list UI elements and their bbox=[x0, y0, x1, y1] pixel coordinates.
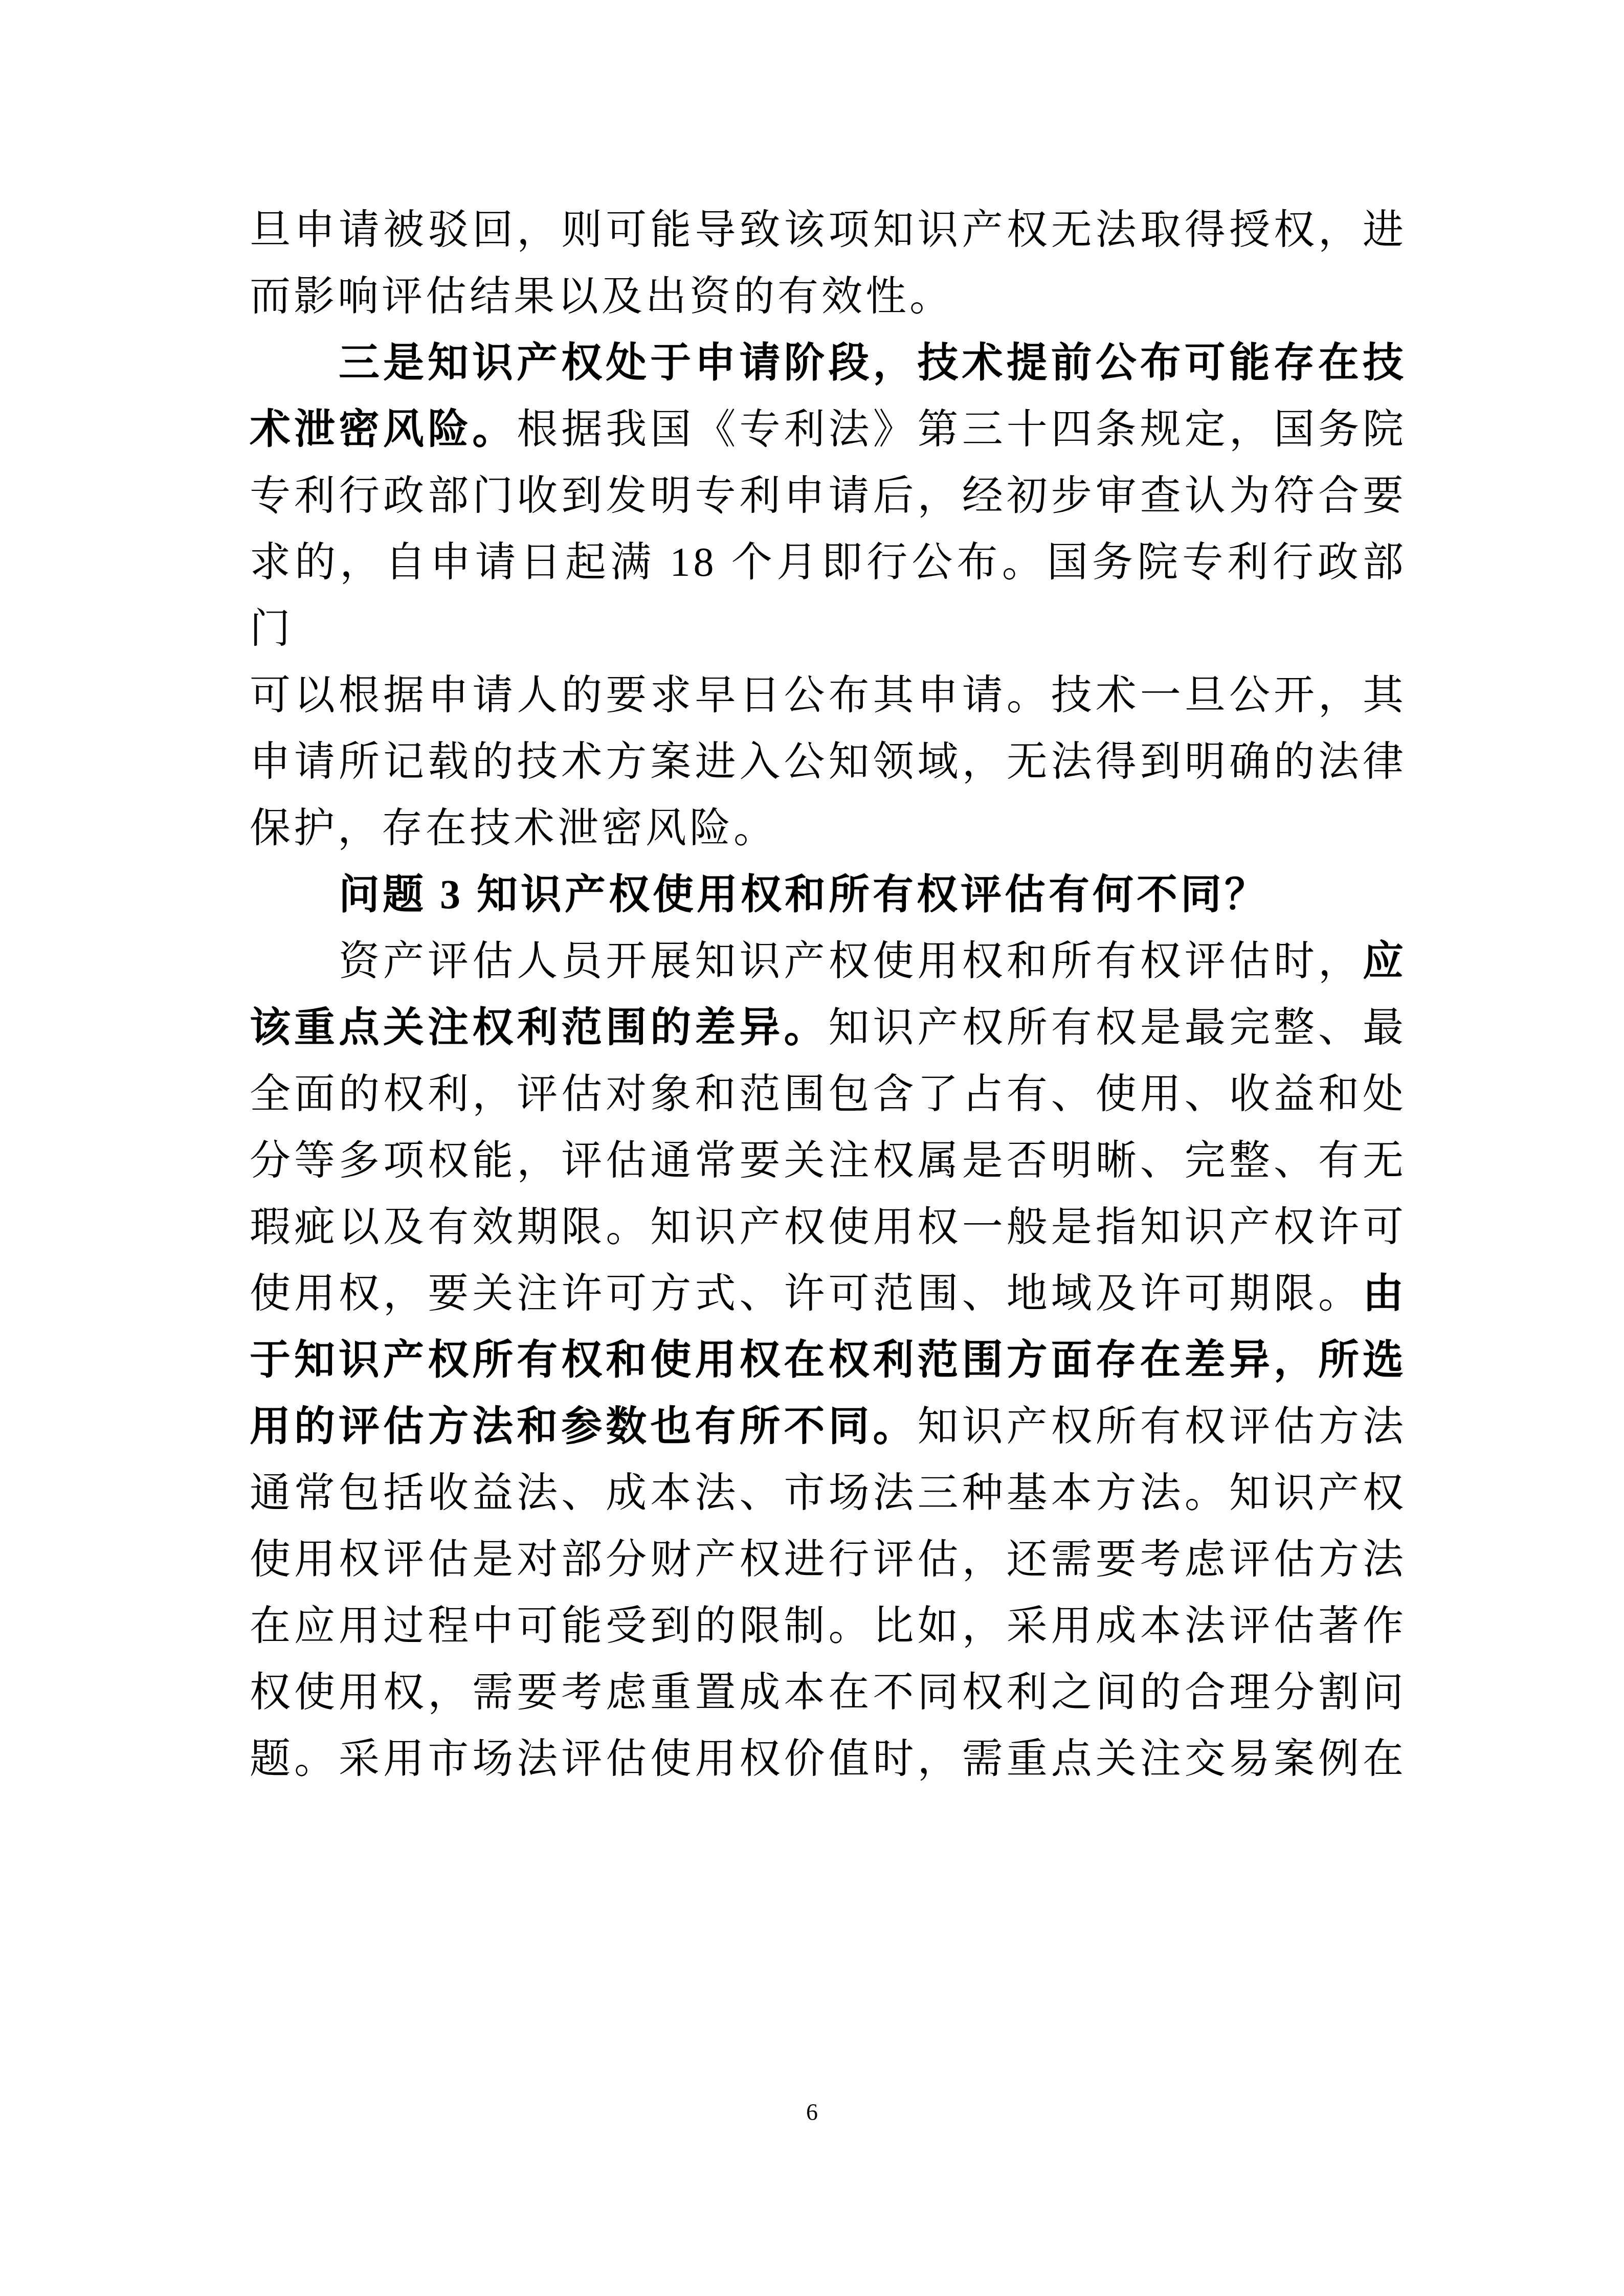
text-line: 瑕疵以及有效期限。知识产权使用权一般是指知识产权许可 bbox=[250, 1194, 1407, 1260]
page-footer: 6 bbox=[0, 2099, 1624, 2126]
text-run: 分等多项权能，评估通常要关注权属是否明晰、完整、有无 bbox=[250, 1138, 1407, 1183]
text-run: 全面的权利，评估对象和范围包含了占有、使用、收益和处 bbox=[250, 1072, 1407, 1117]
text-line: 权使用权，需要考虑重置成本在不同权利之间的合理分割问 bbox=[250, 1659, 1407, 1726]
question-heading: 问题 3 知识产权使用权和所有权评估有何不同？ bbox=[250, 862, 1407, 928]
text-line: 于知识产权所有权和使用权在权利范围方面存在差异，所选 bbox=[250, 1327, 1407, 1393]
text-run: 而影响评估结果以及出资的有效性。 bbox=[250, 274, 953, 319]
text-line: 专利行政部门收到发明专利申请后，经初步审查认为符合要 bbox=[250, 463, 1407, 529]
bold-text-run: 问题 3 知识产权使用权和所有权评估有何不同？ bbox=[339, 872, 1269, 917]
bold-text-run: 用的评估方法和参数也有所不同。 bbox=[250, 1404, 918, 1449]
text-run: 保护，存在技术泄密风险。 bbox=[250, 806, 777, 851]
text-line: 使用权评估是对部分财产权进行评估，还需要考虑评估方法 bbox=[250, 1526, 1407, 1593]
text-line: 而影响评估结果以及出资的有效性。 bbox=[250, 263, 1407, 330]
bold-text-run: 应 bbox=[1363, 939, 1407, 984]
text-line: 使用权，要关注许可方式、许可范围、地域及许可期限。由 bbox=[250, 1260, 1407, 1327]
text-line: 在应用过程中可能受到的限制。比如，采用成本法评估著作 bbox=[250, 1593, 1407, 1659]
text-line: 通常包括收益法、成本法、市场法三种基本方法。知识产权 bbox=[250, 1460, 1407, 1526]
text-run: 使用权，要关注许可方式、许可范围、地域及许可期限。 bbox=[250, 1271, 1363, 1316]
text-run: 根据我国《专利法》第三十四条规定，国务院 bbox=[517, 407, 1407, 452]
text-line: 术泄密风险。根据我国《专利法》第三十四条规定，国务院 bbox=[250, 396, 1407, 463]
bold-text-run: 于知识产权所有权和使用权在权利范围方面存在差异，所选 bbox=[250, 1338, 1407, 1383]
text-run: 题。采用市场法评估使用权价值时，需重点关注交易案例在 bbox=[250, 1737, 1407, 1782]
text-run: 专利行政部门收到发明专利申请后，经初步审查认为符合要 bbox=[250, 474, 1407, 519]
text-run: 权使用权，需要考虑重置成本在不同权利之间的合理分割问 bbox=[250, 1670, 1407, 1715]
text-line: 资产评估人员开展知识产权使用权和所有权评估时，应 bbox=[250, 928, 1407, 995]
text-line: 可以根据申请人的要求早日公布其申请。技术一旦公开，其 bbox=[250, 662, 1407, 729]
bold-text-run: 术泄密风险。 bbox=[250, 407, 517, 452]
text-run: 通常包括收益法、成本法、市场法三种基本方法。知识产权 bbox=[250, 1471, 1407, 1516]
page-number: 6 bbox=[806, 2099, 818, 2125]
text-run: 瑕疵以及有效期限。知识产权使用权一般是指知识产权许可 bbox=[250, 1205, 1407, 1250]
text-run: 申请所记载的技术方案进入公知领域，无法得到明确的法律 bbox=[250, 739, 1407, 784]
text-run: 资产评估人员开展知识产权使用权和所有权评估时， bbox=[339, 939, 1363, 984]
bold-text-run: 由 bbox=[1363, 1271, 1407, 1316]
text-line: 题。采用市场法评估使用权价值时，需重点关注交易案例在 bbox=[250, 1726, 1407, 1792]
text-line: 旦申请被驳回，则可能导致该项知识产权无法取得授权，进 bbox=[250, 197, 1407, 263]
text-line: 求的，自申请日起满 18 个月即行公布。国务院专利行政部门 bbox=[250, 529, 1407, 662]
text-run: 在应用过程中可能受到的限制。比如，采用成本法评估著作 bbox=[250, 1604, 1407, 1649]
text-run: 可以根据申请人的要求早日公布其申请。技术一旦公开，其 bbox=[250, 673, 1407, 718]
text-line: 申请所记载的技术方案进入公知领域，无法得到明确的法律 bbox=[250, 729, 1407, 795]
text-run: 求的，自申请日起满 18 个月即行公布。国务院专利行政部门 bbox=[250, 540, 1407, 651]
text-line: 分等多项权能，评估通常要关注权属是否明晰、完整、有无 bbox=[250, 1128, 1407, 1194]
bold-text-run: 三是知识产权处于申请阶段，技术提前公布可能存在技 bbox=[339, 341, 1407, 386]
document-body: 旦申请被驳回，则可能导致该项知识产权无法取得授权，进而影响评估结果以及出资的有效… bbox=[250, 197, 1407, 1792]
text-line: 保护，存在技术泄密风险。 bbox=[250, 795, 1407, 862]
document-page: 旦申请被驳回，则可能导致该项知识产权无法取得授权，进而影响评估结果以及出资的有效… bbox=[0, 0, 1624, 2296]
text-line: 全面的权利，评估对象和范围包含了占有、使用、收益和处 bbox=[250, 1061, 1407, 1128]
text-run: 知识产权所有权是最完整、最 bbox=[829, 1005, 1407, 1050]
text-run: 使用权评估是对部分财产权进行评估，还需要考虑评估方法 bbox=[250, 1537, 1407, 1582]
text-line: 三是知识产权处于申请阶段，技术提前公布可能存在技 bbox=[250, 330, 1407, 396]
text-line: 该重点关注权利范围的差异。知识产权所有权是最完整、最 bbox=[250, 995, 1407, 1061]
text-run: 旦申请被驳回，则可能导致该项知识产权无法取得授权，进 bbox=[250, 208, 1407, 253]
text-line: 用的评估方法和参数也有所不同。知识产权所有权评估方法 bbox=[250, 1393, 1407, 1460]
bold-text-run: 该重点关注权利范围的差异。 bbox=[250, 1005, 829, 1050]
text-run: 知识产权所有权评估方法 bbox=[918, 1404, 1407, 1449]
